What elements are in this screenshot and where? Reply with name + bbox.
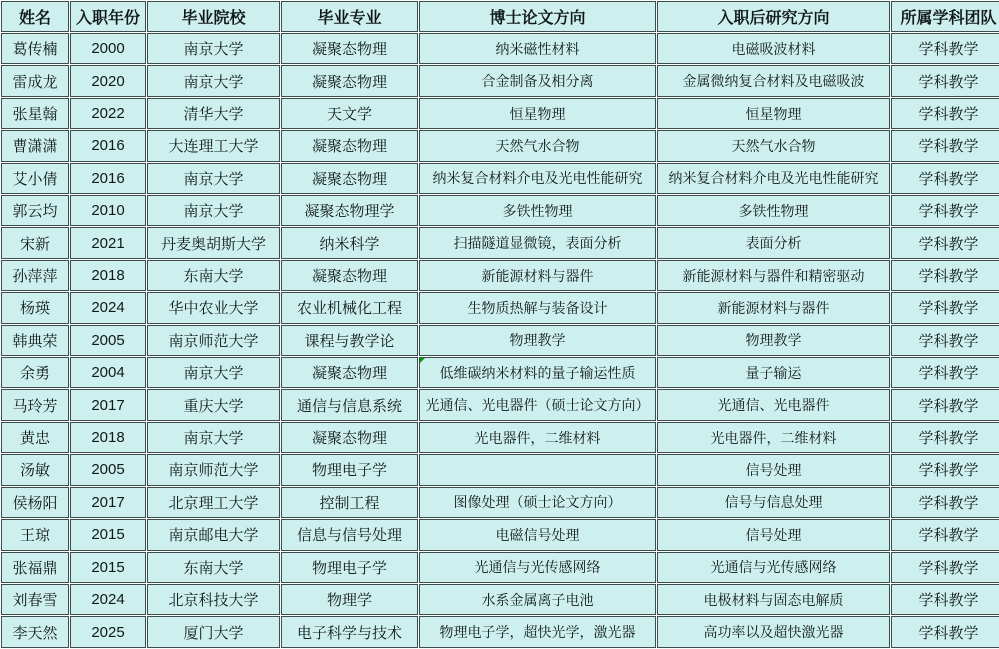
cell-year: 2018 xyxy=(70,422,146,453)
column-header-major: 毕业专业 xyxy=(281,1,418,32)
cell-phd: 电磁信号处理 xyxy=(419,519,656,550)
header-row: 姓名入职年份毕业院校毕业专业博士论文方向入职后研究方向所属学科团队 xyxy=(1,1,999,32)
cell-team: 学科教学 xyxy=(891,98,999,129)
cell-major: 信息与信号处理 xyxy=(281,519,418,550)
table-row: 王琼2015南京邮电大学信息与信号处理电磁信号处理信号处理学科教学 xyxy=(1,519,999,550)
table-row: 黄忠2018南京大学凝聚态物理光电器件，二维材料光电器件，二维材料学科教学 xyxy=(1,422,999,453)
table-row: 郭云均2010南京大学凝聚态物理学多铁性物理多铁性物理学科教学 xyxy=(1,195,999,226)
cell-team: 学科教学 xyxy=(891,292,999,323)
cell-phd: 合金制备及相分离 xyxy=(419,65,656,96)
cell-research: 信号处理 xyxy=(657,454,890,485)
table-row: 杨瑛2024华中农业大学农业机械化工程生物质热解与装备设计新能源材料与器件学科教… xyxy=(1,292,999,323)
cell-school: 厦门大学 xyxy=(147,616,280,648)
cell-phd: 扫描隧道显微镜，表面分析 xyxy=(419,227,656,258)
cell-research: 新能源材料与器件和精密驱动 xyxy=(657,260,890,291)
cell-major: 物理电子学 xyxy=(281,552,418,583)
table-row: 韩典荣2005南京师范大学课程与教学论物理教学物理教学学科教学 xyxy=(1,325,999,356)
cell-name: 王琼 xyxy=(1,519,69,550)
cell-research: 高功率以及超快激光器 xyxy=(657,616,890,648)
cell-research: 光电器件，二维材料 xyxy=(657,422,890,453)
cell-phd: 图像处理（硕士论文方向） xyxy=(419,487,656,518)
cell-phd: 纳米磁性材料 xyxy=(419,33,656,64)
cell-research: 纳米复合材料介电及光电性能研究 xyxy=(657,163,890,194)
cell-phd: 光电器件，二维材料 xyxy=(419,422,656,453)
cell-team: 学科教学 xyxy=(891,33,999,64)
cell-school: 北京科技大学 xyxy=(147,584,280,615)
cell-phd: 物理教学 xyxy=(419,325,656,356)
table-row: 余勇2004南京大学凝聚态物理低维碳纳米材料的量子输运性质量子输运学科教学 xyxy=(1,357,999,388)
cell-major: 电子科学与技术 xyxy=(281,616,418,648)
cell-team: 学科教学 xyxy=(891,422,999,453)
cell-team: 学科教学 xyxy=(891,325,999,356)
cell-year: 2018 xyxy=(70,260,146,291)
column-header-research: 入职后研究方向 xyxy=(657,1,890,32)
cell-year: 2017 xyxy=(70,487,146,518)
cell-major: 农业机械化工程 xyxy=(281,292,418,323)
cell-name: 张福鼎 xyxy=(1,552,69,583)
cell-year: 2005 xyxy=(70,454,146,485)
table-row: 马玲芳2017重庆大学通信与信息系统光通信、光电器件（硕士论文方向）光通信、光电… xyxy=(1,389,999,420)
cell-year: 2016 xyxy=(70,163,146,194)
cell-school: 南京师范大学 xyxy=(147,454,280,485)
cell-school: 南京大学 xyxy=(147,422,280,453)
table-row: 张福鼎2015东南大学物理电子学光通信与光传感网络光通信与光传感网络学科教学 xyxy=(1,552,999,583)
cell-name: 张星翰 xyxy=(1,98,69,129)
cell-year: 2015 xyxy=(70,552,146,583)
cell-team: 学科教学 xyxy=(891,195,999,226)
cell-major: 凝聚态物理 xyxy=(281,130,418,161)
cell-name: 雷成龙 xyxy=(1,65,69,96)
cell-major: 凝聚态物理 xyxy=(281,422,418,453)
faculty-table: 姓名入职年份毕业院校毕业专业博士论文方向入职后研究方向所属学科团队 葛传楠200… xyxy=(0,0,999,649)
cell-name: 马玲芳 xyxy=(1,389,69,420)
cell-phd: 低维碳纳米材料的量子输运性质 xyxy=(419,357,656,388)
cell-major: 纳米科学 xyxy=(281,227,418,258)
cell-school: 重庆大学 xyxy=(147,389,280,420)
cell-major: 天文学 xyxy=(281,98,418,129)
cell-phd: 恒星物理 xyxy=(419,98,656,129)
cell-year: 2020 xyxy=(70,65,146,96)
cell-team: 学科教学 xyxy=(891,552,999,583)
cell-research: 电极材料与固态电解质 xyxy=(657,584,890,615)
table-row: 刘春雪2024北京科技大学物理学水系金属离子电池电极材料与固态电解质学科教学 xyxy=(1,584,999,615)
cell-name: 刘春雪 xyxy=(1,584,69,615)
cell-research: 信号与信息处理 xyxy=(657,487,890,518)
cell-research: 多铁性物理 xyxy=(657,195,890,226)
cell-phd: 光通信、光电器件（硕士论文方向） xyxy=(419,389,656,420)
cell-team: 学科教学 xyxy=(891,65,999,96)
cell-major: 凝聚态物理 xyxy=(281,65,418,96)
cell-school: 大连理工大学 xyxy=(147,130,280,161)
table-row: 李天然2025厦门大学电子科学与技术物理电子学，超快光学，激光器高功率以及超快激… xyxy=(1,616,999,648)
cell-name: 汤敏 xyxy=(1,454,69,485)
cell-phd xyxy=(419,454,656,485)
cell-team: 学科教学 xyxy=(891,454,999,485)
cell-name: 李天然 xyxy=(1,616,69,648)
cell-school: 南京大学 xyxy=(147,65,280,96)
cell-name: 余勇 xyxy=(1,357,69,388)
cell-major: 凝聚态物理 xyxy=(281,163,418,194)
cell-name: 宋新 xyxy=(1,227,69,258)
cell-phd: 多铁性物理 xyxy=(419,195,656,226)
table-row: 曹潇潇2016大连理工大学凝聚态物理天然气水合物天然气水合物学科教学 xyxy=(1,130,999,161)
cell-year: 2015 xyxy=(70,519,146,550)
cell-school: 南京大学 xyxy=(147,33,280,64)
cell-year: 2025 xyxy=(70,616,146,648)
cell-school: 华中农业大学 xyxy=(147,292,280,323)
table-row: 张星翰2022清华大学天文学恒星物理恒星物理学科教学 xyxy=(1,98,999,129)
cell-team: 学科教学 xyxy=(891,163,999,194)
cell-year: 2024 xyxy=(70,584,146,615)
table-row: 侯杨阳2017北京理工大学控制工程图像处理（硕士论文方向）信号与信息处理学科教学 xyxy=(1,487,999,518)
cell-team: 学科教学 xyxy=(891,584,999,615)
cell-name: 侯杨阳 xyxy=(1,487,69,518)
cell-research: 电磁吸波材料 xyxy=(657,33,890,64)
cell-school: 东南大学 xyxy=(147,260,280,291)
cell-school: 南京大学 xyxy=(147,357,280,388)
cell-year: 2000 xyxy=(70,33,146,64)
cell-major: 凝聚态物理 xyxy=(281,260,418,291)
column-header-team: 所属学科团队 xyxy=(891,1,999,32)
cell-major: 通信与信息系统 xyxy=(281,389,418,420)
cell-school: 南京大学 xyxy=(147,195,280,226)
cell-phd: 水系金属离子电池 xyxy=(419,584,656,615)
cell-major: 凝聚态物理 xyxy=(281,33,418,64)
table-header: 姓名入职年份毕业院校毕业专业博士论文方向入职后研究方向所属学科团队 xyxy=(1,1,999,32)
cell-research: 量子输运 xyxy=(657,357,890,388)
cell-phd: 物理电子学，超快光学，激光器 xyxy=(419,616,656,648)
cell-team: 学科教学 xyxy=(891,130,999,161)
cell-year: 2017 xyxy=(70,389,146,420)
cell-name: 黄忠 xyxy=(1,422,69,453)
cell-phd: 光通信与光传感网络 xyxy=(419,552,656,583)
cell-major: 物理学 xyxy=(281,584,418,615)
cell-major: 课程与教学论 xyxy=(281,325,418,356)
cell-school: 清华大学 xyxy=(147,98,280,129)
table-row: 葛传楠2000南京大学凝聚态物理纳米磁性材料电磁吸波材料学科教学 xyxy=(1,33,999,64)
table-row: 汤敏2005南京师范大学物理电子学信号处理学科教学 xyxy=(1,454,999,485)
cell-team: 学科教学 xyxy=(891,616,999,648)
cell-year: 2022 xyxy=(70,98,146,129)
column-header-year: 入职年份 xyxy=(70,1,146,32)
cell-school: 南京邮电大学 xyxy=(147,519,280,550)
cell-school: 南京师范大学 xyxy=(147,325,280,356)
cell-research: 金属微纳复合材料及电磁吸波 xyxy=(657,65,890,96)
cell-year: 2021 xyxy=(70,227,146,258)
column-header-school: 毕业院校 xyxy=(147,1,280,32)
table-row: 雷成龙2020南京大学凝聚态物理合金制备及相分离金属微纳复合材料及电磁吸波学科教… xyxy=(1,65,999,96)
cell-year: 2024 xyxy=(70,292,146,323)
cell-phd: 新能源材料与器件 xyxy=(419,260,656,291)
cell-school: 丹麦奥胡斯大学 xyxy=(147,227,280,258)
cell-research: 光通信与光传感网络 xyxy=(657,552,890,583)
table-body: 葛传楠2000南京大学凝聚态物理纳米磁性材料电磁吸波材料学科教学雷成龙2020南… xyxy=(1,33,999,648)
cell-school: 东南大学 xyxy=(147,552,280,583)
cell-team: 学科教学 xyxy=(891,487,999,518)
cell-school: 南京大学 xyxy=(147,163,280,194)
cell-name: 郭云均 xyxy=(1,195,69,226)
table-row: 艾小倩2016南京大学凝聚态物理纳米复合材料介电及光电性能研究纳米复合材料介电及… xyxy=(1,163,999,194)
cell-name: 杨瑛 xyxy=(1,292,69,323)
cell-year: 2005 xyxy=(70,325,146,356)
cell-major: 物理电子学 xyxy=(281,454,418,485)
cell-year: 2010 xyxy=(70,195,146,226)
cell-major: 凝聚态物理 xyxy=(281,357,418,388)
column-header-phd: 博士论文方向 xyxy=(419,1,656,32)
column-header-name: 姓名 xyxy=(1,1,69,32)
cell-phd: 天然气水合物 xyxy=(419,130,656,161)
cell-team: 学科教学 xyxy=(891,519,999,550)
cell-name: 韩典荣 xyxy=(1,325,69,356)
table-row: 孙萍萍2018东南大学凝聚态物理新能源材料与器件新能源材料与器件和精密驱动学科教… xyxy=(1,260,999,291)
cell-research: 恒星物理 xyxy=(657,98,890,129)
cell-school: 北京理工大学 xyxy=(147,487,280,518)
table-row: 宋新2021丹麦奥胡斯大学纳米科学扫描隧道显微镜，表面分析表面分析学科教学 xyxy=(1,227,999,258)
cell-year: 2016 xyxy=(70,130,146,161)
cell-research: 新能源材料与器件 xyxy=(657,292,890,323)
cell-research: 物理教学 xyxy=(657,325,890,356)
cell-name: 葛传楠 xyxy=(1,33,69,64)
cell-major: 凝聚态物理学 xyxy=(281,195,418,226)
error-indicator-icon xyxy=(420,358,425,363)
cell-research: 表面分析 xyxy=(657,227,890,258)
cell-research: 信号处理 xyxy=(657,519,890,550)
cell-phd: 纳米复合材料介电及光电性能研究 xyxy=(419,163,656,194)
cell-team: 学科教学 xyxy=(891,389,999,420)
cell-year: 2004 xyxy=(70,357,146,388)
cell-major: 控制工程 xyxy=(281,487,418,518)
cell-name: 孙萍萍 xyxy=(1,260,69,291)
cell-name: 艾小倩 xyxy=(1,163,69,194)
cell-research: 天然气水合物 xyxy=(657,130,890,161)
cell-team: 学科教学 xyxy=(891,357,999,388)
cell-team: 学科教学 xyxy=(891,227,999,258)
cell-research: 光通信、光电器件 xyxy=(657,389,890,420)
cell-name: 曹潇潇 xyxy=(1,130,69,161)
cell-team: 学科教学 xyxy=(891,260,999,291)
cell-phd: 生物质热解与装备设计 xyxy=(419,292,656,323)
